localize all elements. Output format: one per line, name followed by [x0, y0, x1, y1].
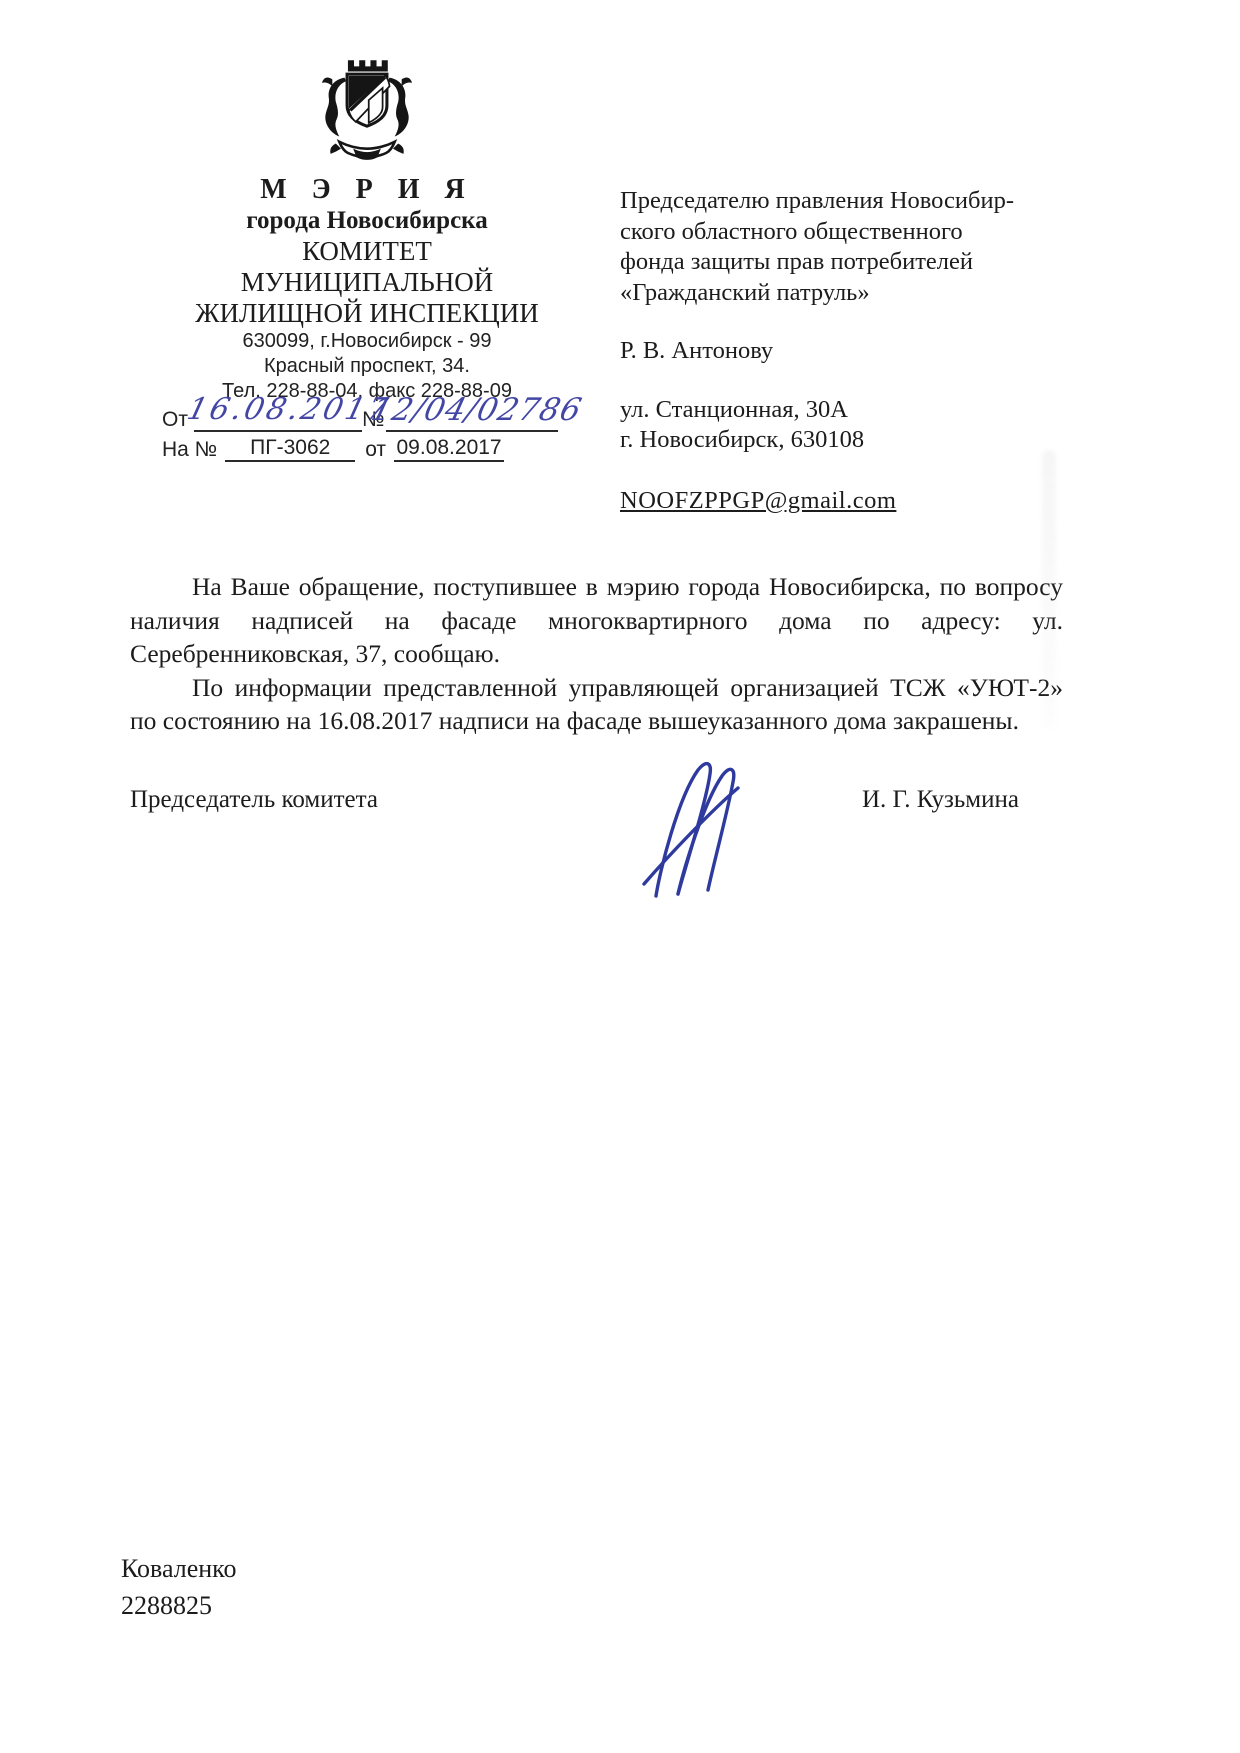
body-paragraph-1: На Ваше обращение, поступившее в мэрию г… [130, 570, 1063, 671]
recipient-name: Р. В. Антонову [620, 336, 1090, 367]
org-name-committee-3: ЖИЛИЩНОЙ ИНСПЕКЦИИ [148, 298, 586, 329]
letter-body: На Ваше обращение, поступившее в мэрию г… [130, 570, 1063, 738]
body-paragraph-2: По информации представленной управляющей… [130, 671, 1063, 738]
reference-lines: От16.08.2017№12/04/02786 На №ПГ-3062от09… [162, 406, 586, 466]
outgoing-ref-line: От16.08.2017№12/04/02786 [162, 406, 586, 436]
incoming-ref-line: На №ПГ-3062от09.08.2017 [162, 436, 586, 466]
recipient-email: NOOFZPPGP@gmail.com [620, 486, 1090, 517]
org-name-committee-2: МУНИЦИПАЛЬНОЙ [148, 267, 586, 298]
novosibirsk-coat-of-arms-icon [315, 58, 419, 170]
incoming-ref-number-underline: ПГ-3062 [225, 436, 355, 462]
incoming-ref-label: На № [162, 438, 217, 461]
org-postal-address: 630099, г.Новосибирск - 99 [148, 329, 586, 354]
signer-name: И. Г. Кузьмина [862, 786, 1019, 814]
handwritten-signature [626, 758, 778, 900]
executor-phone: 2288825 [121, 1587, 237, 1624]
recipient-city-postcode: г. Новосибирск, 630108 [620, 425, 1090, 456]
incoming-ref-date: 09.08.2017 [397, 436, 502, 459]
signer-position-title: Председатель комитета [130, 786, 378, 814]
org-name-mayor: М Э Р И Я [148, 174, 586, 206]
incoming-ref-date-label: от [365, 438, 386, 461]
handwritten-outgoing-number: 12/04/02786 [368, 392, 586, 428]
recipient-org-line: «Гражданский патруль» [620, 278, 1090, 309]
org-street-address: Красный проспект, 34. [148, 354, 586, 379]
scan-artifact [1042, 450, 1056, 730]
handwritten-outgoing-date: 16.08.2017 [184, 392, 395, 427]
executor-name: Коваленко [121, 1550, 237, 1587]
recipient-org-line: Председателю правления Новосибир- [620, 186, 1090, 217]
outgoing-number-underline: 12/04/02786 [386, 406, 558, 432]
executor-block: Коваленко 2288825 [121, 1550, 237, 1624]
recipient-street-address: ул. Станционная, 30А [620, 395, 1090, 426]
org-name-committee-1: КОМИТЕТ [148, 236, 586, 267]
from-label: От [162, 408, 188, 431]
recipient-block: Председателю правления Новосибир- ского … [620, 186, 1090, 516]
from-date-underline: 16.08.2017 [194, 406, 362, 432]
incoming-ref-date-underline: 09.08.2017 [394, 436, 504, 462]
org-name-city: города Новосибирска [148, 206, 586, 236]
recipient-org-line: фонда защиты прав потребителей [620, 247, 1090, 278]
letterhead: М Э Р И Я города Новосибирска КОМИТЕТ МУ… [148, 58, 586, 466]
scanned-letter-document: { "colors": { "ink_black": "#1c1c1c", "h… [0, 0, 1240, 1753]
incoming-ref-number: ПГ-3062 [250, 436, 330, 459]
recipient-org-line: ского областного общественного [620, 217, 1090, 248]
